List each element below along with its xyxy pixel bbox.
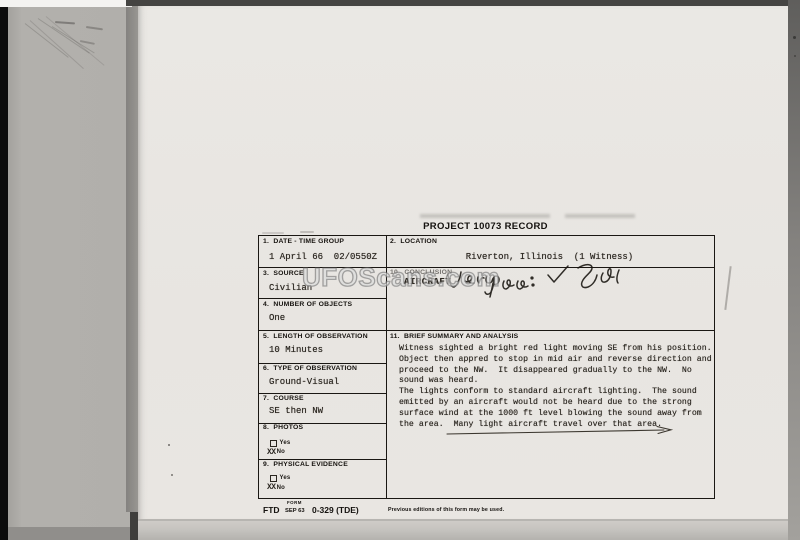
field-type-of-observation-value: Ground-Visual <box>269 377 339 387</box>
table-rule <box>259 298 387 299</box>
scan-speck <box>171 474 173 476</box>
scan-right-edge <box>788 0 800 540</box>
field-source-value: Civilian <box>269 283 312 293</box>
field-photos-label: 8. PHOTOS <box>263 424 303 431</box>
scan-back-page-shadow <box>8 527 130 540</box>
footer-form-number: 0-329 (TDE) <box>312 505 359 515</box>
footer-note: Previous editions of this form may be us… <box>388 507 504 513</box>
physical-evidence-yes-checkbox <box>270 475 277 482</box>
photos-yes-label: Yes <box>280 440 291 446</box>
field-summary-label: 11. BRIEF SUMMARY AND ANALYSIS <box>390 333 518 340</box>
scan-smudge <box>565 214 635 218</box>
scan-bottom-band <box>138 521 800 540</box>
table-rule <box>259 330 387 331</box>
table-rule <box>386 330 714 331</box>
photos-yes-checkbox <box>270 440 277 447</box>
table-rule <box>259 267 387 268</box>
field-course-label: 7. COURSE <box>263 395 304 402</box>
physical-evidence-no-option: XX No <box>267 483 285 492</box>
field-course-value: SE then NW <box>269 406 323 416</box>
photos-no-label: No <box>277 449 285 455</box>
footer-agency: FTD <box>263 505 280 515</box>
scan-speck <box>168 444 170 446</box>
physical-evidence-yes-option: Yes <box>270 475 290 482</box>
physical-evidence-yes-label: Yes <box>280 475 291 481</box>
scan-smudge <box>420 214 550 218</box>
scanned-document-page: PROJECT 10073 RECORD 1. DATE - TIME GROU… <box>0 0 800 540</box>
field-length-of-observation-label: 5. LENGTH OF OBSERVATION <box>263 333 368 340</box>
field-source-label: 3. SOURCE <box>263 270 304 277</box>
scan-back-page <box>8 6 130 540</box>
field-date-time-group-label: 1. DATE - TIME GROUP <box>263 238 344 245</box>
photos-yes-option: Yes <box>270 440 290 447</box>
physical-evidence-no-x-mark: XX <box>267 483 276 492</box>
scan-top-edge <box>0 0 132 7</box>
field-number-of-objects-value: One <box>269 313 285 323</box>
handwritten-note: Very poss: ✓ Jet <box>440 260 675 302</box>
field-number-of-objects-label: 4. NUMBER OF OBJECTS <box>263 301 352 308</box>
field-summary-text: Witness sighted a bright red light movin… <box>399 344 717 430</box>
scan-speck <box>794 55 796 57</box>
underline-arrow-annotation <box>444 424 680 438</box>
field-length-of-observation-value: 10 Minutes <box>269 345 323 355</box>
photos-no-x-mark: XX <box>267 448 276 457</box>
footer-form-date: SEP 63 <box>285 508 305 514</box>
physical-evidence-no-label: No <box>277 485 285 491</box>
field-type-of-observation-label: 6. TYPE OF OBSERVATION <box>263 365 357 372</box>
footer-form-word: FORM <box>287 500 302 505</box>
field-date-time-group-value: 1 April 66 02/0550Z <box>269 252 377 262</box>
scan-speck <box>793 36 796 39</box>
scan-left-black-edge <box>0 7 8 540</box>
photos-no-option: XX No <box>267 448 285 457</box>
scan-smudge <box>262 232 284 234</box>
field-physical-evidence-label: 9. PHYSICAL EVIDENCE <box>263 461 348 468</box>
form-title: PROJECT 10073 RECORD <box>258 221 713 232</box>
field-location-label: 2. LOCATION <box>390 238 437 245</box>
